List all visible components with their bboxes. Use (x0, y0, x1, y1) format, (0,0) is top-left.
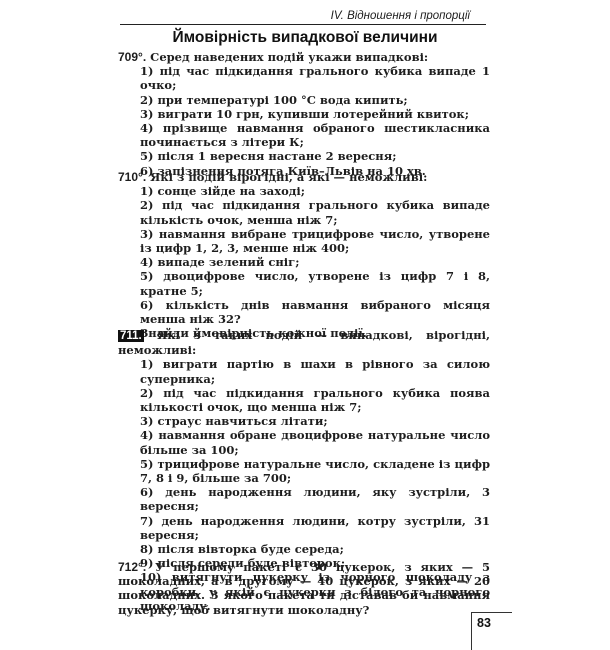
exercise-712: 712°. У першому пакеті є 30 цукерок, з я… (118, 560, 490, 617)
list-item: 3) навмання вибране трицифрове число, ут… (140, 227, 490, 255)
list-item: 7) день народження людини, котру зустріл… (140, 514, 490, 542)
list-item: 2) під час підкидання грального кубика в… (140, 198, 490, 226)
exercise-709: 709°. Серед наведених подій укажи випадк… (118, 50, 490, 178)
exercise-prompt-text: Які з таких подій — випадкові, вірогідні… (118, 328, 490, 357)
exercise-items: 1) сонце зійде на заході; 2) під час під… (140, 184, 490, 340)
exercise-prompt-text: Серед наведених подій укажи випадкові: (150, 50, 428, 64)
exercise-710: 710°. Які з подій вірогідні, а які — нем… (118, 170, 490, 340)
list-item: 5) після 1 вересня настане 2 вересня; (140, 149, 490, 163)
running-head-text: IV. Відношення і пропорції (331, 10, 470, 22)
list-item: 1) сонце зійде на заході; (140, 184, 490, 198)
exercise-number-boxed: 711. (118, 330, 144, 342)
list-item: 8) після вівторка буде середа; (140, 542, 490, 556)
list-item: 5) двоцифрове число, утворене із цифр 7 … (140, 269, 490, 297)
list-item: 6) день народження людини, яку зустріли,… (140, 485, 490, 513)
exercise-prompt-text: Які з подій вірогідні, а які — неможливі… (150, 170, 427, 184)
exercise-prompt-text: У першому пакеті є 30 цукерок, з яких — … (118, 560, 490, 617)
exercise-number: 709°. (118, 50, 146, 64)
exercise-prompt: 711. Які з таких подій — випадкові, віро… (118, 328, 490, 357)
list-item: 2) під час підкидання грального кубика п… (140, 386, 490, 414)
page-number: 83 (477, 616, 491, 630)
exercise-items: 1) під час підкидання грального кубика в… (140, 64, 490, 178)
list-item: 1) під час підкидання грального кубика в… (140, 64, 490, 92)
list-item: 2) при температурі 100 °С вода кипить; (140, 93, 490, 107)
page-number-corner: 83 (471, 612, 512, 650)
exercise-prompt: 709°. Серед наведених подій укажи випадк… (118, 50, 490, 64)
list-item: 3) виграти 10 грн, купивши лотерейний кв… (140, 107, 490, 121)
list-item: 4) випаде зелений сніг; (140, 255, 490, 269)
section-title: Ймовірність випадкової величини (0, 29, 610, 47)
exercise-prompt: 712°. У першому пакеті є 30 цукерок, з я… (118, 560, 490, 617)
list-item: 5) трицифрове натуральне число, складене… (140, 457, 490, 485)
list-item: 1) виграти партію в шахи в рівного за си… (140, 357, 490, 385)
list-item: 6) кількість днів навмання вибраного міс… (140, 298, 490, 326)
exercise-prompt: 710°. Які з подій вірогідні, а які — нем… (118, 170, 490, 184)
list-item: 3) страус навчиться літати; (140, 414, 490, 428)
list-item: 4) навмання обране двоцифрове натуральне… (140, 428, 490, 456)
exercise-number: 712°. (118, 560, 146, 574)
textbook-page: IV. Відношення і пропорції Ймовірність в… (0, 0, 610, 650)
list-item: 4) прізвище навмання обраного шестикласн… (140, 121, 490, 149)
exercise-number: 710°. (118, 170, 146, 184)
running-head: IV. Відношення і пропорції (120, 8, 486, 25)
